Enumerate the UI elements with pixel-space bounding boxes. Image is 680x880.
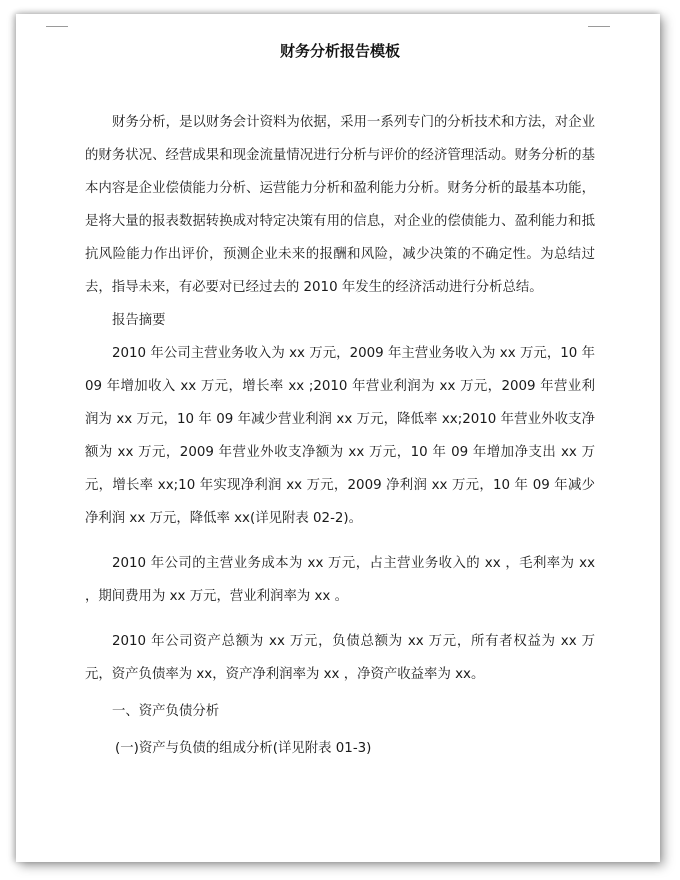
margin-corner-mark — [46, 26, 68, 27]
margin-corner-mark — [588, 26, 610, 27]
summary-cost-paragraph: 2010 年公司的主营业务成本为 xx 万元，占主营业务收入的 xx ，毛利率为… — [85, 547, 595, 613]
intro-paragraph: 财务分析，是以财务会计资料为依据，采用一系列专门的分析技术和方法，对企业的财务状… — [85, 106, 595, 304]
subsection-heading: (一)资产与负债的组成分析(详见附表 01-3) — [85, 732, 595, 765]
section-heading: 一、资产负债分析 — [85, 695, 595, 728]
summary-revenue-paragraph: 2010 年公司主营业务收入为 xx 万元，2009 年主营业务收入为 xx 万… — [85, 337, 595, 535]
document-title: 财务分析报告模板 — [0, 40, 680, 61]
summary-assets-paragraph: 2010 年公司资产总额为 xx 万元，负债总额为 xx 万元，所有者权益为 x… — [85, 625, 595, 691]
document-body: 财务分析，是以财务会计资料为依据，采用一系列专门的分析技术和方法，对企业的财务状… — [85, 106, 595, 765]
summary-heading: 报告摘要 — [85, 304, 595, 337]
